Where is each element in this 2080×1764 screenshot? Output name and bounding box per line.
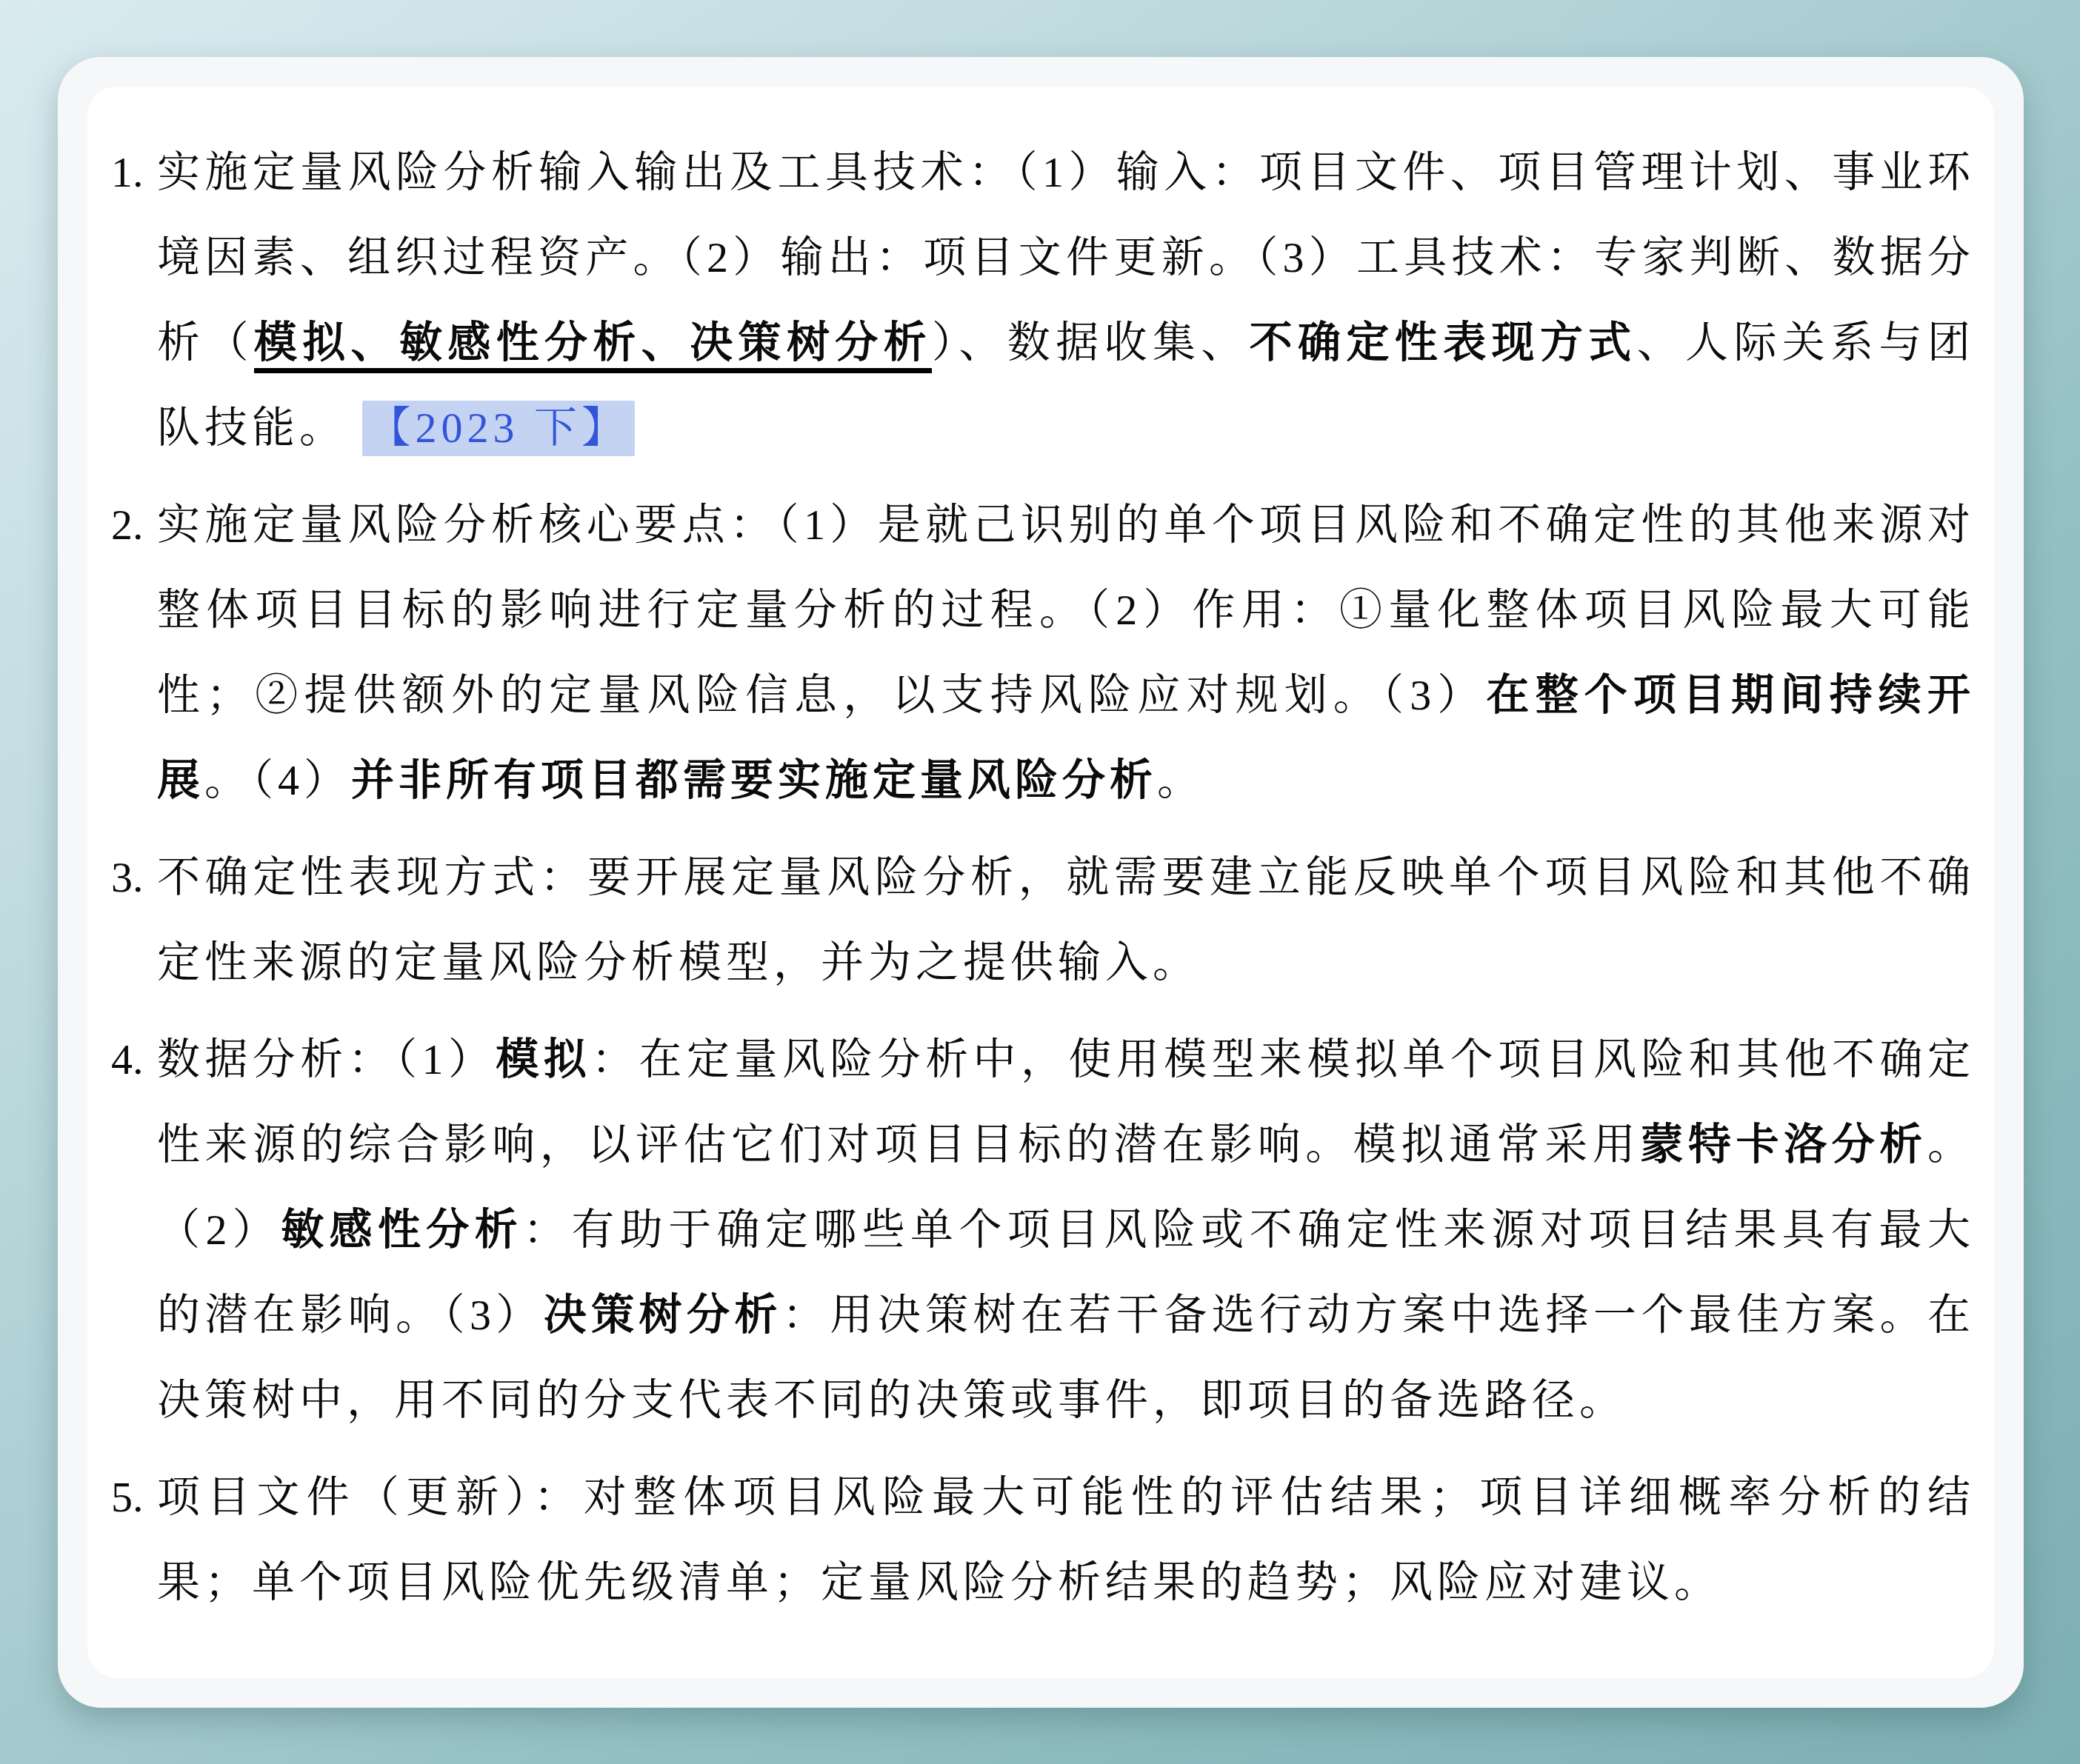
note-item: 3.不确定性表现方式：要开展定量风险分析，就需要建立能反映单个项目风险和其他不确… bbox=[111, 835, 1975, 1005]
notes-card-inner: 1.实施定量风险分析输入输出及工具技术：（1）输入：项目文件、项目管理计划、事业… bbox=[87, 87, 1994, 1678]
note-item-text: 实施定量风险分析输入输出及工具技术：（1）输入：项目文件、项目管理计划、事业环境… bbox=[157, 130, 1975, 470]
notes-list: 1.实施定量风险分析输入输出及工具技术：（1）输入：项目文件、项目管理计划、事业… bbox=[111, 130, 1975, 1625]
body-text: 项目文件（更新）：对整体项目风险最大可能性的评估结果；项目详细概率分析的结果；单… bbox=[157, 1473, 1975, 1606]
emphasis-text: 决策树分析 bbox=[544, 1291, 782, 1339]
body-text: 数据分析：（1） bbox=[157, 1035, 496, 1083]
note-item-number: 2. bbox=[111, 482, 157, 567]
note-item-text: 数据分析：（1）模拟：在定量风险分析中，使用模型来模拟单个项目风险和其他不确定性… bbox=[157, 1017, 1975, 1443]
emphasis-text: 模拟 bbox=[496, 1035, 591, 1083]
note-item-number: 1. bbox=[111, 130, 157, 215]
emphasis-text: 模拟、敏感性分析、决策树分析 bbox=[254, 318, 932, 373]
note-item: 5.项目文件（更新）：对整体项目风险最大可能性的评估结果；项目详细概率分析的结果… bbox=[111, 1454, 1975, 1625]
note-item-text: 项目文件（更新）：对整体项目风险最大可能性的评估结果；项目详细概率分析的结果；单… bbox=[157, 1454, 1975, 1625]
note-item: 1.实施定量风险分析输入输出及工具技术：（1）输入：项目文件、项目管理计划、事业… bbox=[111, 130, 1975, 470]
note-item-number: 4. bbox=[111, 1017, 157, 1102]
note-item: 2.实施定量风险分析核心要点：（1）是就己识别的单个项目风险和不确定性的其他来源… bbox=[111, 482, 1975, 823]
body-text: ）、数据收集、 bbox=[932, 318, 1250, 367]
emphasis-text: 敏感性分析 bbox=[281, 1206, 523, 1254]
background: 1.实施定量风险分析输入输出及工具技术：（1）输入：项目文件、项目管理计划、事业… bbox=[0, 0, 2080, 1764]
note-item-text: 不确定性表现方式：要开展定量风险分析，就需要建立能反映单个项目风险和其他不确定性… bbox=[157, 835, 1975, 1005]
body-text: 不确定性表现方式：要开展定量风险分析，就需要建立能反映单个项目风险和其他不确定性… bbox=[157, 853, 1975, 986]
emphasis-text: 并非所有项目都需要实施定量风险分析 bbox=[351, 756, 1157, 804]
notes-card: 1.实施定量风险分析输入输出及工具技术：（1）输入：项目文件、项目管理计划、事业… bbox=[58, 57, 2024, 1708]
emphasis-text: 蒙特卡洛分析 bbox=[1640, 1120, 1927, 1169]
note-item-number: 3. bbox=[111, 835, 157, 920]
body-text: 。 bbox=[1157, 756, 1204, 804]
note-item: 4.数据分析：（1）模拟：在定量风险分析中，使用模型来模拟单个项目风险和其他不确… bbox=[111, 1017, 1975, 1443]
exam-tag: 【2023 下】 bbox=[362, 401, 636, 456]
note-item-text: 实施定量风险分析核心要点：（1）是就己识别的单个项目风险和不确定性的其他来源对整… bbox=[157, 482, 1975, 823]
emphasis-text: 不确定性表现方式 bbox=[1250, 318, 1637, 367]
body-text: 。（4） bbox=[204, 756, 351, 804]
note-item-number: 5. bbox=[111, 1454, 157, 1540]
